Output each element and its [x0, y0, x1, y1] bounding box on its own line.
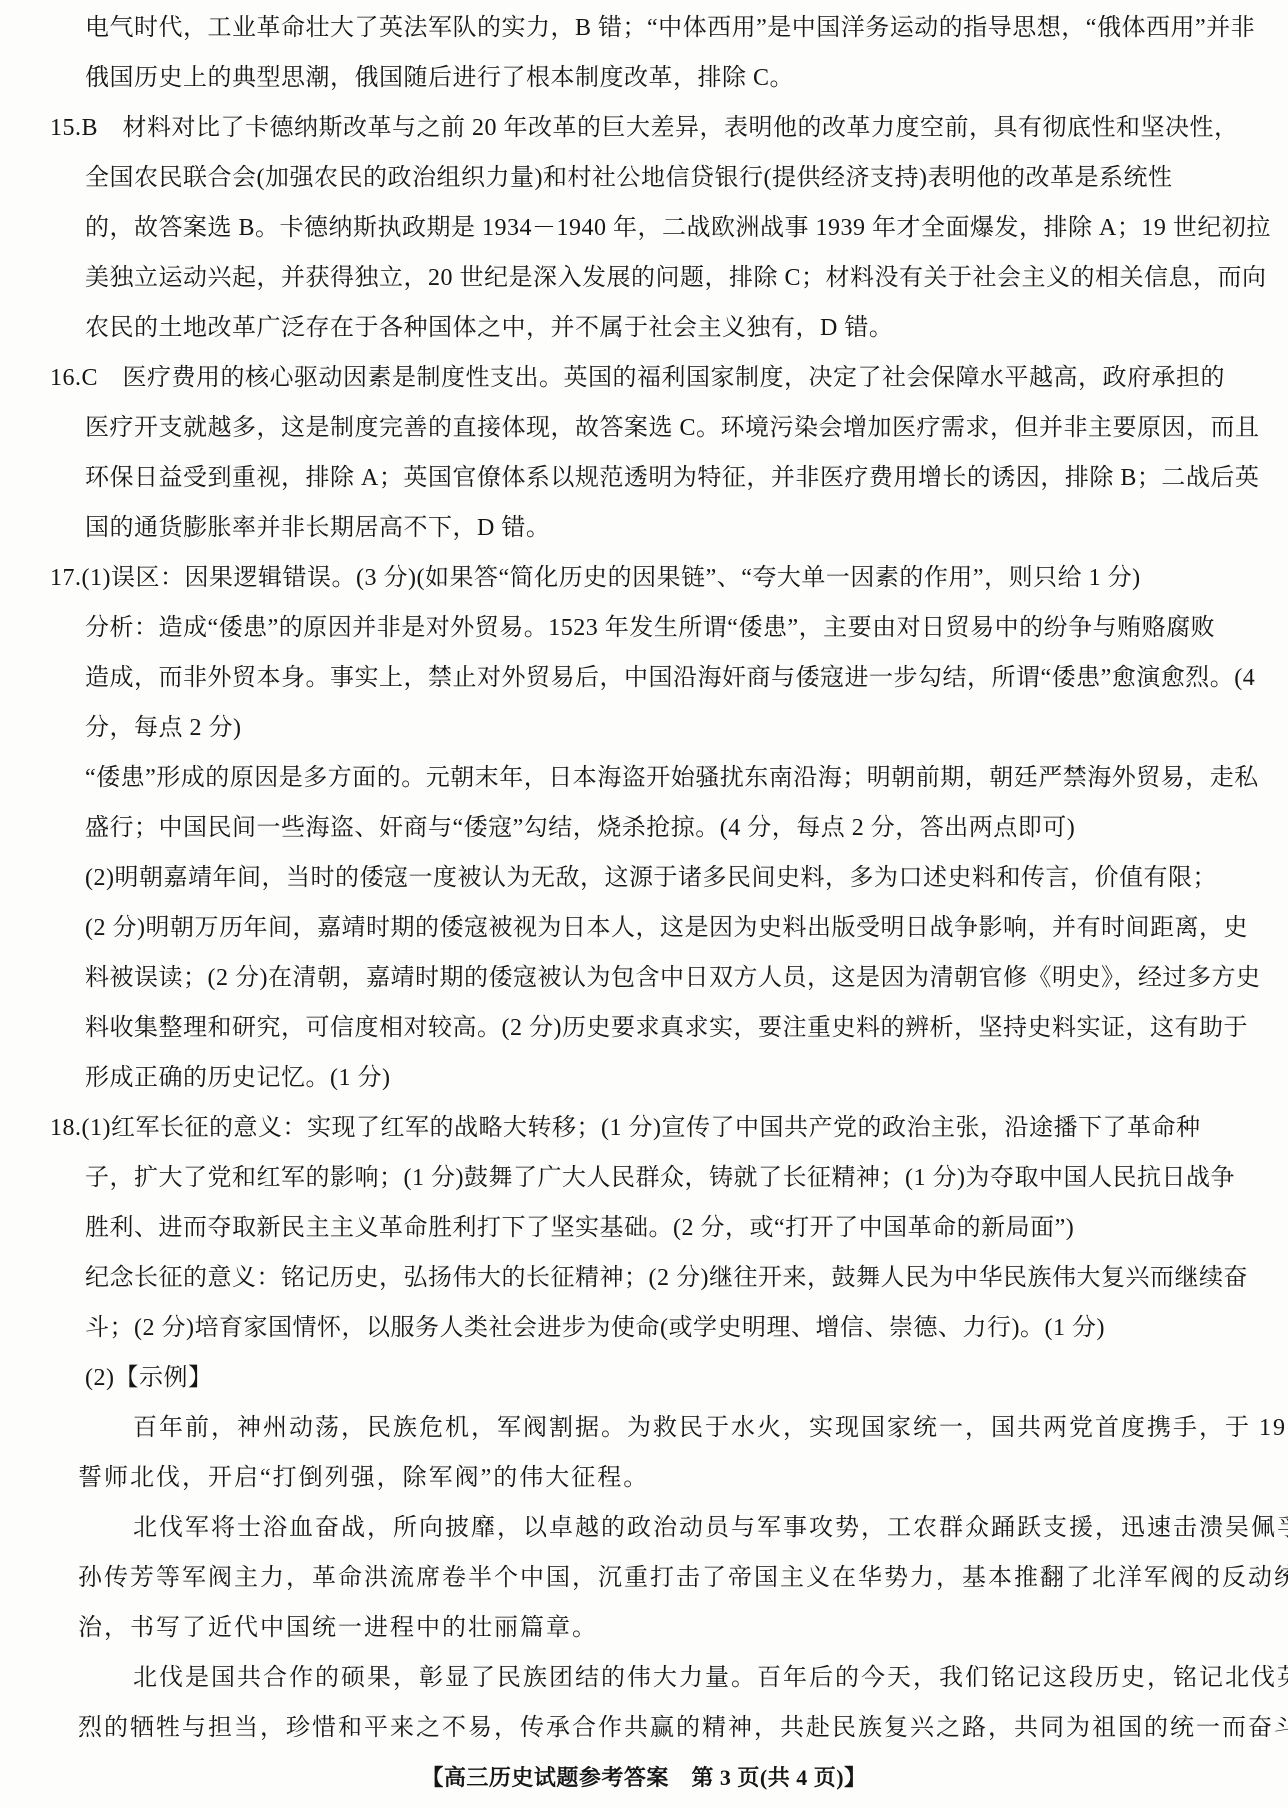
answer-15-cont-line: 农民的土地改革广泛存在于各种国体之中，并不属于社会主义独有，D 错。 [85, 303, 1288, 353]
answer-18-cont-line: 子，扩大了党和红军的影响；(1 分)鼓舞了广大人民群众，铸就了长征精神；(1 分… [85, 1153, 1288, 1203]
essay-paragraph-line: 治，书写了近代中国统一进程中的壮丽篇章。 [78, 1603, 1288, 1653]
answer-17-cont-line: “倭患”形成的原因是多方面的。元朝末年，日本海盗开始骚扰东南沿海；明朝前期，朝廷… [85, 753, 1288, 803]
essay-paragraph-line: 烈的牺牲与担当，珍惜和平来之不易，传承合作共赢的精神，共赴民族复兴之路，共同为祖… [78, 1703, 1288, 1753]
answer-17-cont-line: 分，每点 2 分) [85, 703, 1288, 753]
answer-17-cont-line: 料收集整理和研究，可信度相对较高。(2 分)历史要求真求实，要注重史料的辨析，坚… [85, 1003, 1288, 1053]
answer-15-cont-line: 美独立运动兴起，并获得独立，20 世纪是深入发展的问题，排除 C；材料没有关于社… [85, 253, 1288, 303]
essay-paragraph-line: 北伐军将士浴血奋战，所向披靡，以卓越的政治动员与军事攻势，工农群众踊跃支援，迅速… [78, 1503, 1288, 1553]
answer-17-cont-line: 造成，而非外贸本身。事实上，禁止对外贸易后，中国沿海奸商与倭寇进一步勾结，所谓“… [85, 653, 1288, 703]
answer-17-start-line: 17.(1)误区：因果逻辑错误。(3 分)(如果答“简化历史的因果链”、“夸大单… [50, 553, 1288, 603]
essay-paragraph-line: 百年前，神州动荡，民族危机，军阀割据。为救民于水火，实现国家统一，国共两党首度携… [78, 1403, 1288, 1453]
answer-14-cont-line: 俄国历史上的典型思潮，俄国随后进行了根本制度改革，排除 C。 [85, 53, 1288, 103]
answer-sheet-page: 电气时代，工业革命壮大了英法军队的实力，B 错；“中体西用”是中国洋务运动的指导… [0, 0, 1288, 1808]
answer-17-cont-line: (2 分)明朝万历年间，嘉靖时期的倭寇被视为日本人，这是因为史料出版受明日战争影… [85, 903, 1288, 953]
answer-17-cont-line: 盛行；中国民间一些海盗、奸商与“倭寇”勾结，烧杀抢掠。(4 分，每点 2 分，答… [85, 803, 1288, 853]
essay-paragraph-line: 誓师北伐，开启“打倒列强，除军阀”的伟大征程。 [78, 1453, 1288, 1503]
example-label: (2)【示例】 [85, 1353, 212, 1403]
answer-17-part2-line: (2)明朝嘉靖年间，当时的倭寇一度被认为无敌，这源于诸多民间史料，多为口述史料和… [85, 853, 1288, 903]
answer-15-start-line: 15.B 材料对比了卡德纳斯改革与之前 20 年改革的巨大差异，表明他的改革力度… [50, 103, 1288, 153]
page-footer: 【高三历史试题参考答案 第 3 页(共 4 页)】 [0, 1753, 1288, 1803]
answer-15-cont-line: 全国农民联合会(加强农民的政治组织力量)和村社公地信贷银行(提供经济支持)表明他… [85, 153, 1288, 203]
answer-18-cont-line: 纪念长征的意义：铭记历史，弘扬伟大的长征精神；(2 分)继往开来，鼓舞人民为中华… [85, 1253, 1288, 1303]
answer-18-start-line: 18.(1)红军长征的意义：实现了红军的战略大转移；(1 分)宣传了中国共产党的… [50, 1103, 1288, 1153]
example-title-line: (2)【示例】 北伐薪火永传，共忆团结统一初心 [0, 1353, 1288, 1403]
answer-16-cont-line: 医疗开支就越多，这是制度完善的直接体现，故答案选 C。环境污染会增加医疗需求，但… [85, 403, 1288, 453]
answer-16-cont-line: 环保日益受到重视，排除 A；英国官僚体系以规范透明为特征，并非医疗费用增长的诱因… [85, 453, 1288, 503]
answer-18-cont-line: 胜利、进而夺取新民主主义革命胜利打下了坚实基础。(2 分，或“打开了中国革命的新… [85, 1203, 1288, 1253]
essay-paragraph-line: 孙传芳等军阀主力，革命洪流席卷半个中国，沉重打击了帝国主义在华势力，基本推翻了北… [78, 1553, 1288, 1603]
answer-17-cont-line: 分析：造成“倭患”的原因并非是对外贸易。1523 年发生所谓“倭患”，主要由对日… [85, 603, 1288, 653]
answer-14-cont-line: 电气时代，工业革命壮大了英法军队的实力，B 错；“中体西用”是中国洋务运动的指导… [85, 3, 1288, 53]
answer-16-cont-line: 国的通货膨胀率并非长期居高不下，D 错。 [85, 503, 1288, 553]
answer-18-cont-line: 斗；(2 分)培育家国情怀，以服务人类社会进步为使命(或学史明理、增信、崇德、力… [85, 1303, 1288, 1353]
answer-15-cont-line: 的，故答案选 B。卡德纳斯执政期是 1934－1940 年，二战欧洲战事 193… [85, 203, 1288, 253]
answer-16-start-line: 16.C 医疗费用的核心驱动因素是制度性支出。英国的福利国家制度，决定了社会保障… [50, 353, 1288, 403]
answer-17-cont-line: 料被误读；(2 分)在清朝，嘉靖时期的倭寇被认为包含中日双方人员，这是因为清朝官… [85, 953, 1288, 1003]
answer-17-cont-line: 形成正确的历史记忆。(1 分) [85, 1053, 1288, 1103]
essay-paragraph-line: 北伐是国共合作的硕果，彰显了民族团结的伟大力量。百年后的今天，我们铭记这段历史，… [78, 1653, 1288, 1703]
